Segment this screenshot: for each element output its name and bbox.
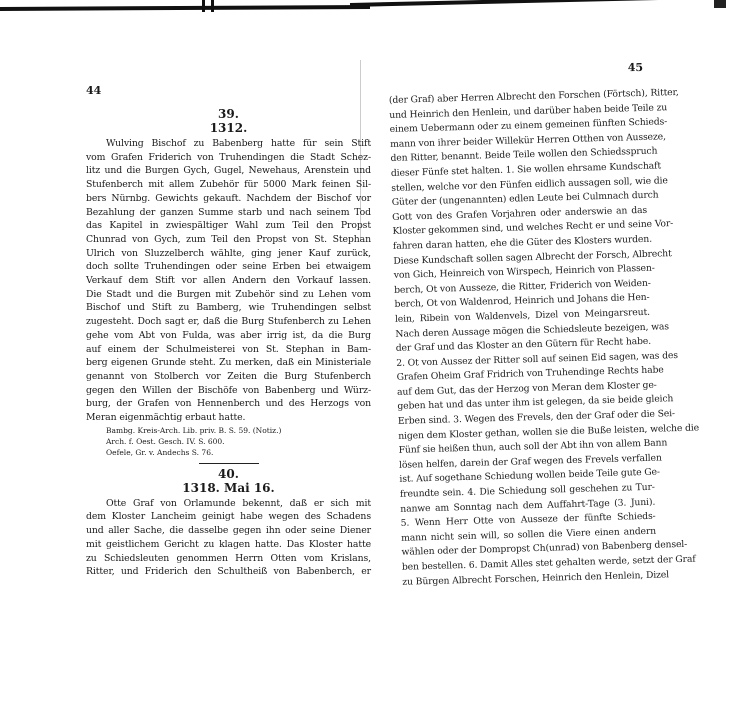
scan-corner-mark [714, 0, 726, 8]
source-reference: Bambg. Kreis-Arch. Lib. priv. B. S. 59. … [86, 425, 371, 436]
text-line: Otte Graf von Orlamunde bekennt, daß er … [86, 497, 371, 511]
text-line: mit geistlichem Gericht zu klagen hatte.… [86, 538, 371, 552]
text-line: Die Stadt und die Burgen mit Zubehör sin… [86, 288, 371, 302]
scan-top-edge-right [350, 0, 670, 7]
text-line: genannt von Stolberch vor Zeiten die Bur… [86, 370, 371, 384]
text-line: zu Schiedsleuten genommen Herrn Otten vo… [86, 552, 371, 566]
document-date: 1312. [86, 121, 371, 135]
text-line: Verkauf dem Stift vor allen Andern den V… [86, 274, 371, 288]
text-line: und aller Sache, die dasselbe gegen ihn … [86, 524, 371, 538]
page-number: 45 [388, 61, 643, 81]
text-line: auf einem der Schulmeisterei von St. Ste… [86, 343, 371, 357]
document-date: 1318. Mai 16. [86, 481, 371, 495]
text-line: gegen den Willen der Bischöfe von Babenb… [86, 384, 371, 398]
section-divider [199, 463, 259, 464]
binding-clip [211, 0, 214, 12]
left-page: 44 39. 1312. Wulving Bischof zu Babenber… [86, 84, 371, 579]
document-number: 39. [86, 107, 371, 121]
text-line: bers Nürnbg. Gewichts gekauft. Nachdem d… [86, 192, 371, 206]
text-line: Bezahlung der ganzen Summe starb und nac… [86, 206, 371, 220]
text-line: dem Kloster Lancheim geinigt habe wegen … [86, 510, 371, 524]
document-body: Otte Graf von Orlamunde bekennt, daß er … [86, 497, 371, 579]
document-body-continued: (der Graf) aber Herren Albrecht den Fors… [389, 87, 658, 590]
text-line: Ritter, und Friderich den Schultheiß von… [86, 565, 371, 579]
text-line: Meran eigenmächtig erbaut hatte. [86, 411, 371, 425]
text-line: gehe vom Abt von Fulda, was aber irrig i… [86, 329, 371, 343]
text-line: Wulving Bischof zu Babenberg hatte für s… [86, 137, 371, 151]
text-line: das Kapitel in zwiespältiger Wahl zum Te… [86, 219, 371, 233]
text-line: litz und die Burgen Gych, Gugel, Newehau… [86, 164, 371, 178]
source-references: Bambg. Kreis-Arch. Lib. priv. B. S. 59. … [86, 425, 371, 458]
text-line: vom Grafen Friderich von Truhendingen di… [86, 151, 371, 165]
text-line: zugesteht. Doch sagt er, daß die Burg St… [86, 315, 371, 329]
binding-clip [202, 0, 205, 12]
document-number: 40. [86, 467, 371, 481]
scan-top-edge-left [0, 5, 370, 11]
right-page: 45 (der Graf) aber Herren Albrecht den F… [388, 61, 657, 590]
text-line: Chunrad von Gych, zum Teil den Propst vo… [86, 233, 371, 247]
text-line: doch sollte Truhendingen oder seine Erbe… [86, 260, 371, 274]
source-reference: Arch. f. Oest. Gesch. IV. S. 600. [86, 436, 371, 447]
page-number: 44 [86, 84, 371, 97]
text-line: Stufenberch mit allem Zubehör für 5000 M… [86, 178, 371, 192]
document-39: 39. 1312. Wulving Bischof zu Babenberg h… [86, 107, 371, 458]
document-40: 40. 1318. Mai 16. Otte Graf von Orlamund… [86, 467, 371, 579]
source-reference: Oefele, Gr. v. Andechs S. 76. [86, 447, 371, 458]
text-line: Bischof und Stift zu Bamberg, wie Truhen… [86, 301, 371, 315]
text-line: burg, der Grafen von Hennenberch und des… [86, 397, 371, 411]
document-body: Wulving Bischof zu Babenberg hatte für s… [86, 137, 371, 425]
text-line: berg eigenen Grunde steht. Zu merken, da… [86, 356, 371, 370]
text-line: Ulrich von Sluzzelberch wählte, ging jen… [86, 247, 371, 261]
